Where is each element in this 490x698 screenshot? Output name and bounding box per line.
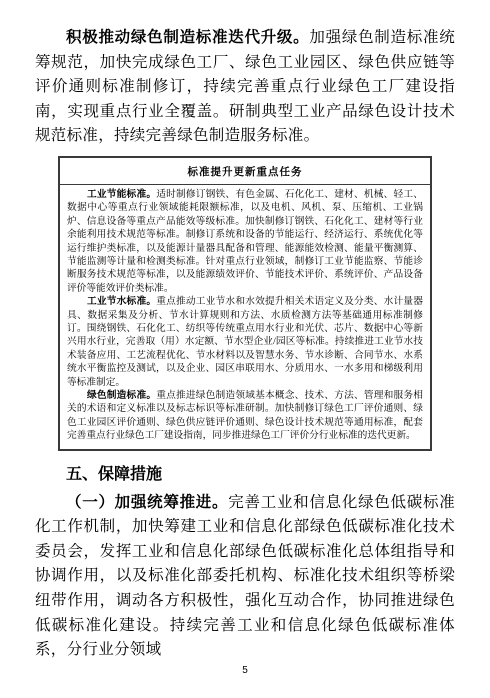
page-number: 5: [0, 665, 490, 676]
key-tasks-box-title: 标准提升更新重点任务: [60, 158, 430, 185]
task-item-lead: 工业节能标准。: [87, 189, 156, 200]
task-item-lead: 绿色制造标准。: [87, 390, 156, 401]
intro-paragraph: 积极推动绿色制造标准迭代升级。加强绿色制造标准统筹规范，加快完成绿色工厂、绿色工…: [35, 26, 455, 149]
task-item-energy-saving: 工业节能标准。适时制修订钢铁、有色金属、石化化工、建材、机械、轻工、数据中心等重…: [67, 188, 423, 295]
intro-paragraph-lead: 积极推动绿色制造标准迭代升级。: [66, 29, 309, 46]
measure-paragraph-text: 完善工业和信息化绿色低碳标准化工作机制，加快筹建工业和信息化部绿色低碳标准化技术…: [35, 494, 455, 659]
task-item-green-manufacturing: 绿色制造标准。重点推进绿色制造领域基本概念、技术、方法、管理和服务相关的术语和定…: [67, 389, 423, 443]
task-item-text: 重点推动工业节水和水效提升相关术语定义及分类、水计量器具、数据采集及分析、节水计…: [67, 296, 423, 387]
key-tasks-box-body: 工业节能标准。适时制修订钢铁、有色金属、石化化工、建材、机械、轻工、数据中心等重…: [60, 185, 430, 449]
measure-paragraph: （一）加强统筹推进。完善工业和信息化绿色低碳标准化工作机制，加快筹建工业和信息化…: [35, 491, 455, 663]
measure-paragraph-lead: （一）加强统筹推进。: [66, 494, 228, 511]
key-tasks-box: 标准提升更新重点任务 工业节能标准。适时制修订钢铁、有色金属、石化化工、建材、机…: [58, 156, 432, 451]
task-item-water-saving: 工业节水标准。重点推动工业节水和水效提升相关术语定义及分类、水计量器具、数据采集…: [67, 295, 423, 389]
intro-paragraph-text: 加强绿色制造标准统筹规范，加快完成绿色工厂、绿色工业园区、绿色供应链等评价通则标…: [35, 29, 455, 144]
task-item-lead: 工业节水标准。: [87, 296, 156, 307]
document-page: { "intro_paragraph": { "lead": "积极推动绿色制造…: [0, 0, 490, 698]
section-heading-safeguards: 五、保障措施: [35, 463, 455, 487]
task-item-text: 适时制修订钢铁、有色金属、石化化工、建材、机械、轻工、数据中心等重点行业领域能耗…: [67, 189, 423, 294]
page-content: 积极推动绿色制造标准迭代升级。加强绿色制造标准统筹规范，加快完成绿色工厂、绿色工…: [0, 0, 490, 663]
